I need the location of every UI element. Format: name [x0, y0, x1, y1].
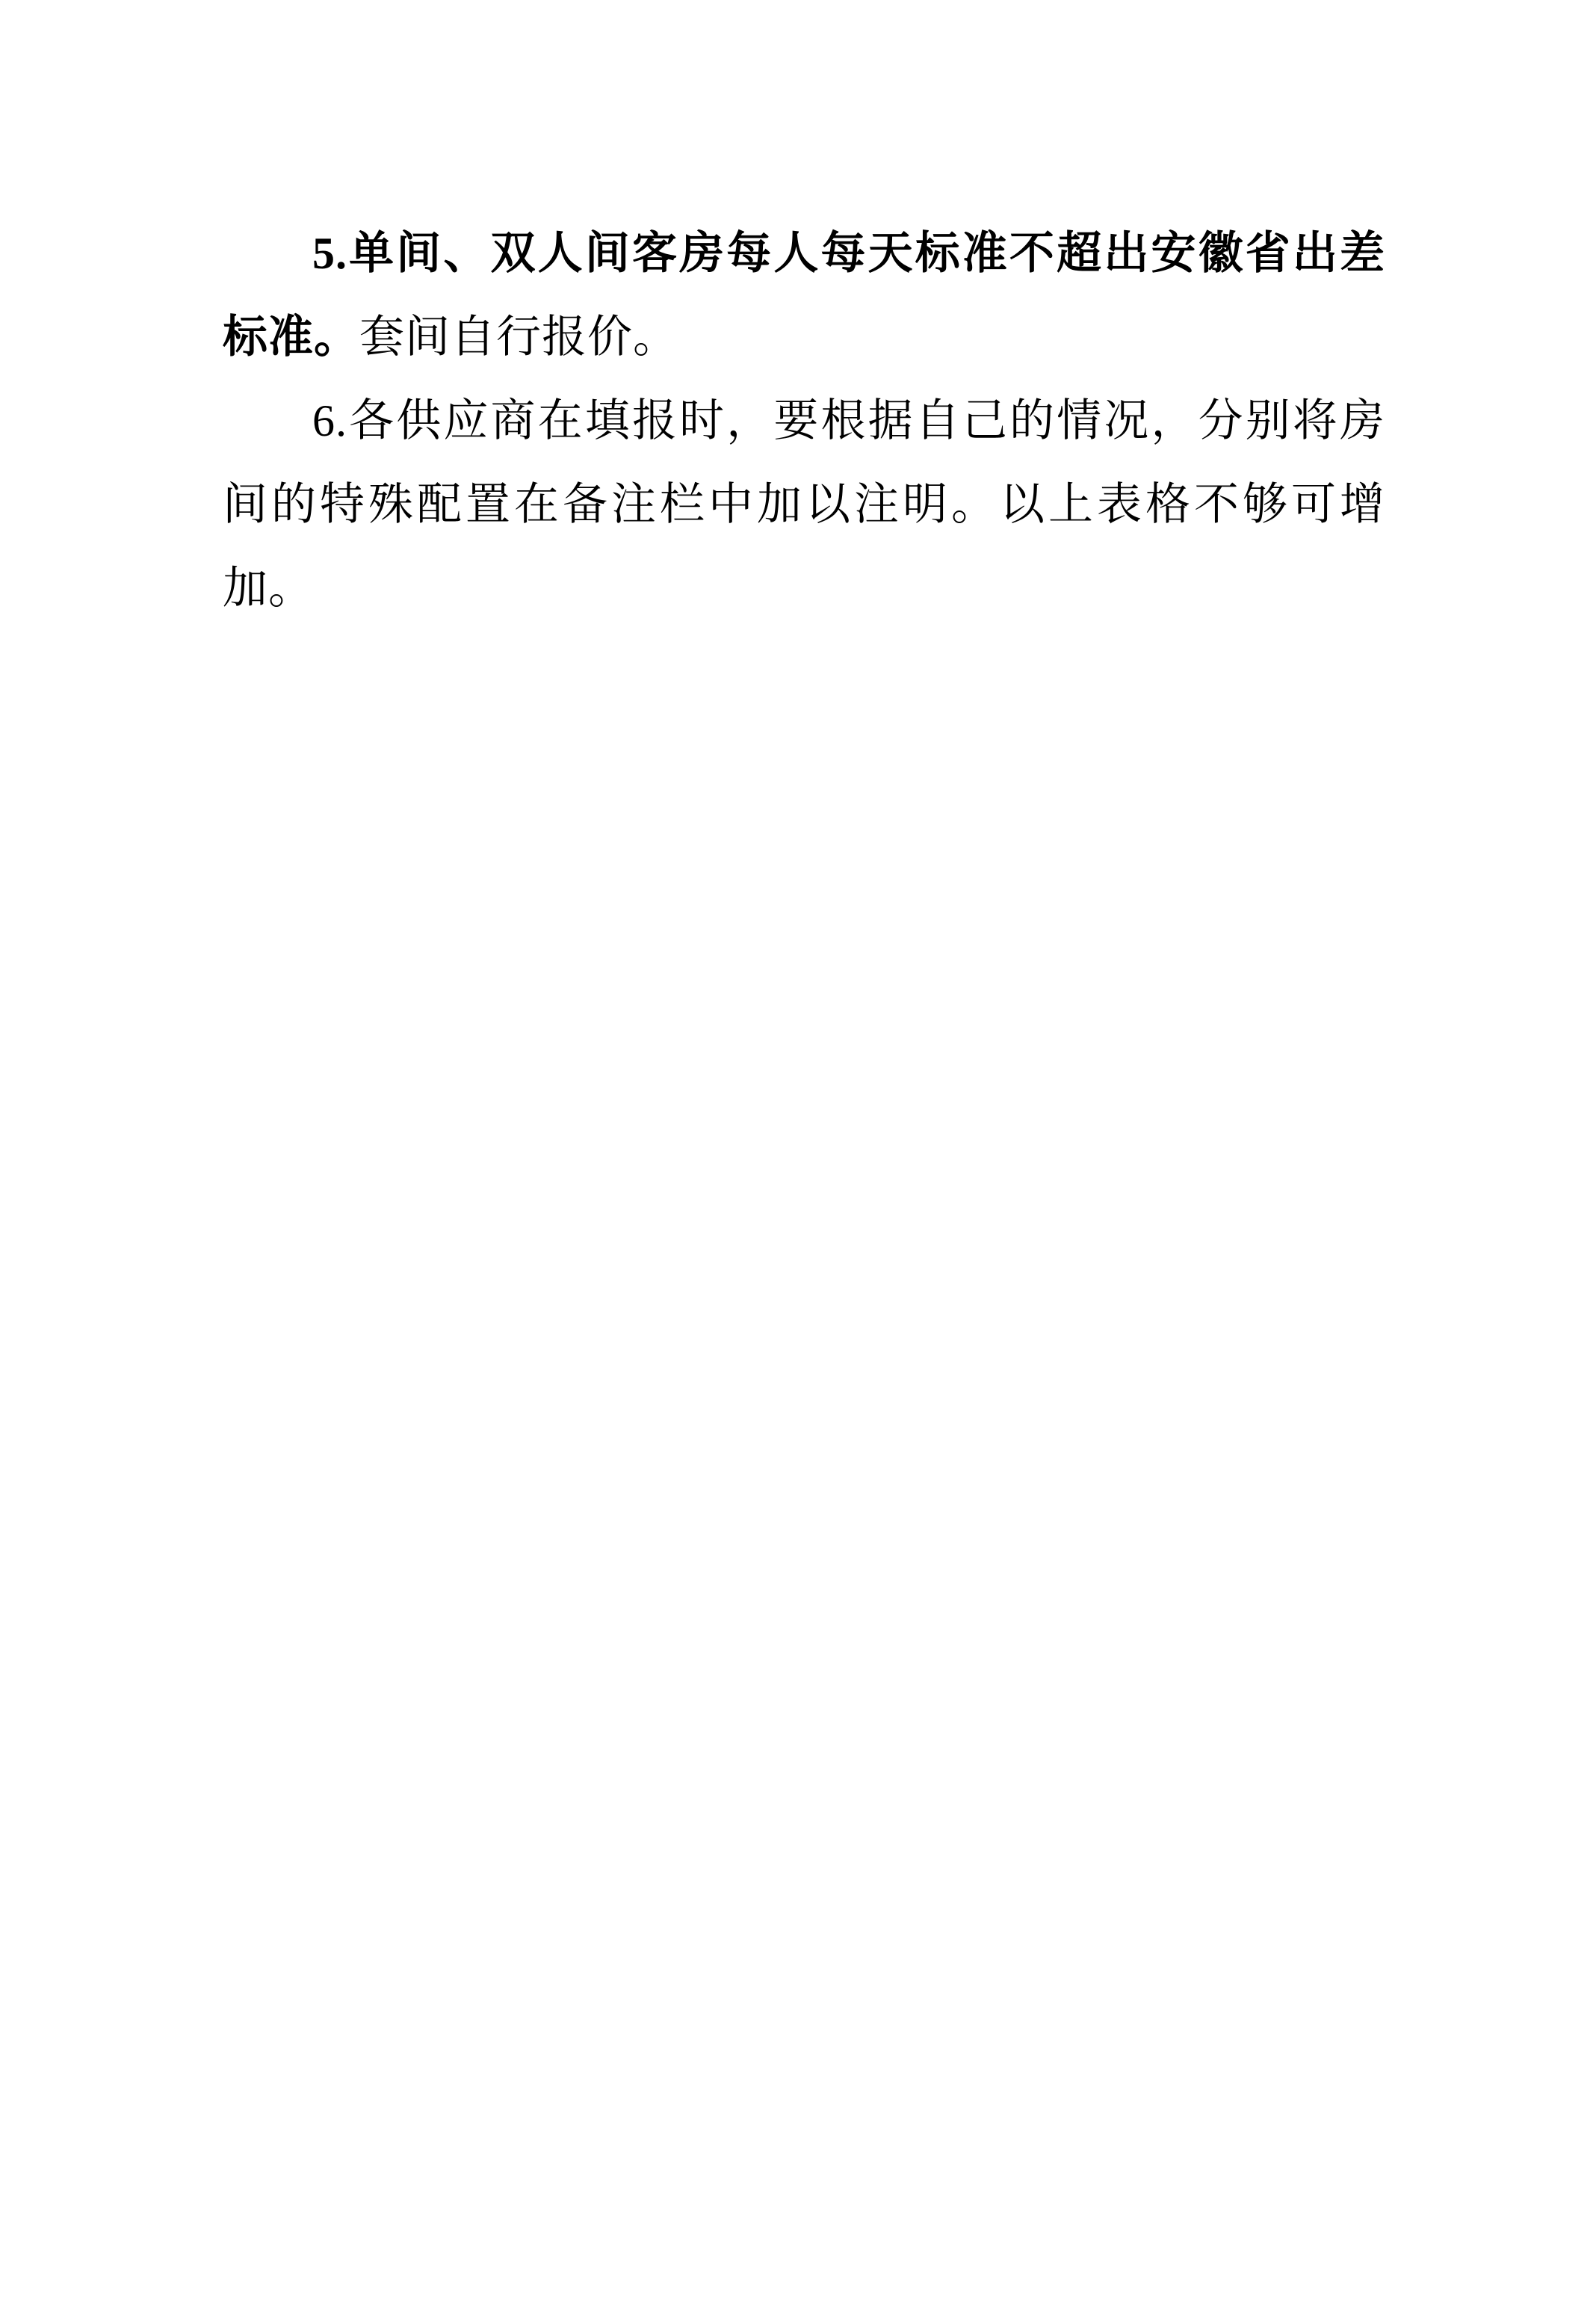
paragraph-item-6: 6.各供应商在填报时，要根据自己的情况，分别将房间的特殊配置在备注栏中加以注明。…: [223, 379, 1385, 630]
document-content: 5.单间、双人间客房每人每天标准不超出安徽省出差标准。套间自行报价。 6.各供应…: [223, 212, 1385, 630]
document-page: 5.单间、双人间客房每人每天标准不超出安徽省出差标准。套间自行报价。 6.各供应…: [0, 0, 1596, 2311]
item-5-regular-text: 套间自行报价。: [359, 312, 678, 362]
paragraph-item-5: 5.单间、双人间客房每人每天标准不超出安徽省出差标准。套间自行报价。: [223, 212, 1385, 379]
item-6-text: 6.各供应商在填报时，要根据自己的情况，分别将房间的特殊配置在备注栏中加以注明。…: [223, 396, 1385, 613]
